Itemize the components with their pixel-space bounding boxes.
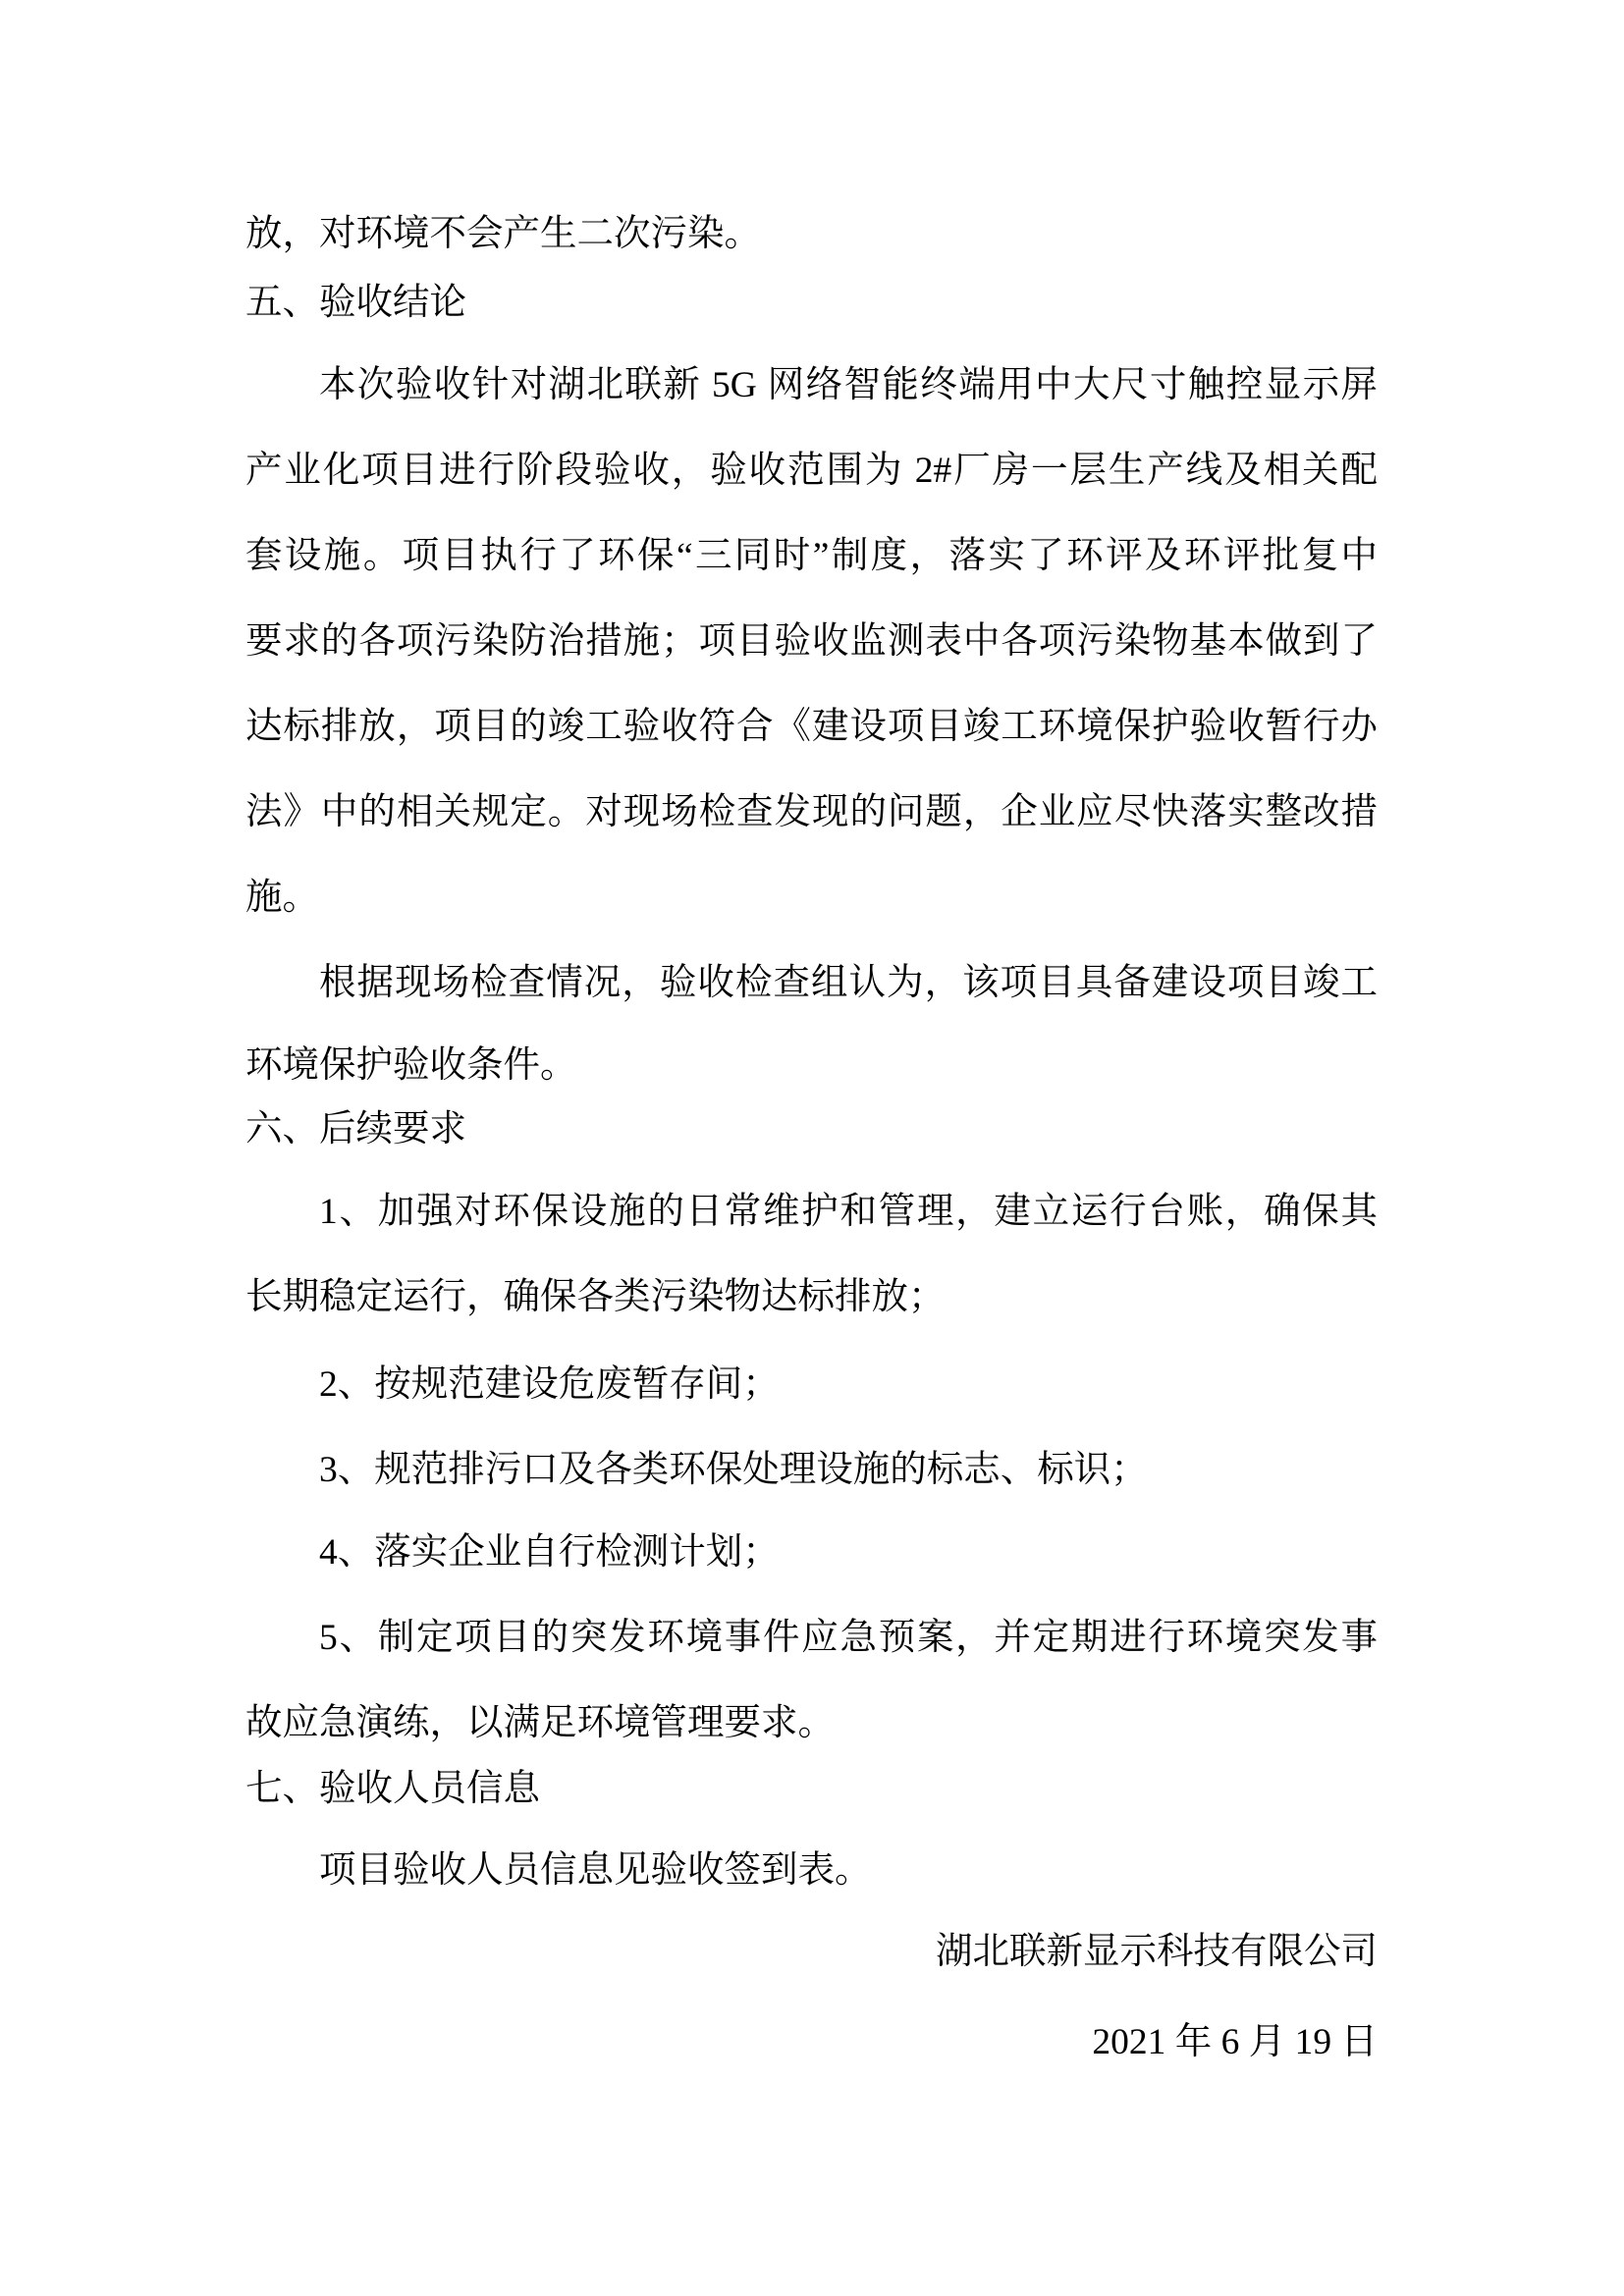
body-line: 环境保护验收条件。 xyxy=(245,1042,1378,1089)
body-line: 故应急演练，以满足环境管理要求。 xyxy=(245,1700,1378,1746)
body-line: 法》中的相关规定。对现场检查发现的问题，企业应尽快落实整改措 xyxy=(245,789,1378,835)
list-item-2: 2、按规范建设危废暂存间； xyxy=(245,1362,1378,1408)
body-line: 产业化项目进行阶段验收，验收范围为 2#厂房一层生产线及相关配 xyxy=(245,448,1378,494)
section-heading-7: 七、验收人员信息 xyxy=(245,1766,1378,1812)
body-line: 长期稳定运行，确保各类污染物达标排放； xyxy=(245,1274,1378,1320)
section-heading-6: 六、后续要求 xyxy=(245,1106,1378,1152)
body-line: 本次验收针对湖北联新 5G 网络智能终端用中大尺寸触控显示屏 xyxy=(245,362,1378,408)
body-line: 达标排放，项目的竣工验收符合《建设项目竣工环境保护验收暂行办 xyxy=(245,704,1378,750)
body-line: 根据现场检查情况，验收检查组认为，该项目具备建设项目竣工 xyxy=(245,960,1378,1006)
list-item-3: 3、规范排污口及各类环保处理设施的标志、标识； xyxy=(245,1447,1378,1493)
section-heading-5: 五、验收结论 xyxy=(245,280,1378,326)
list-item-5: 5、制定项目的突发环境事件应急预案，并定期进行环境突发事 xyxy=(245,1615,1378,1661)
body-line: 项目验收人员信息见验收签到表。 xyxy=(245,1847,1378,1894)
body-line: 施。 xyxy=(245,875,1378,921)
body-line: 要求的各项污染防治措施；项目验收监测表中各项污染物基本做到了 xyxy=(245,618,1378,665)
document-page: 放，对环境不会产生二次污染。 五、验收结论 本次验收针对湖北联新 5G 网络智能… xyxy=(0,0,1624,2296)
list-item-4: 4、落实企业自行检测计划； xyxy=(245,1529,1378,1575)
body-line: 套设施。项目执行了环保“三同时”制度，落实了环评及环评批复中 xyxy=(245,533,1378,579)
date-line: 2021 年 6 月 19 日 xyxy=(245,2019,1378,2065)
company-signature: 湖北联新显示科技有限公司 xyxy=(245,1929,1378,1975)
body-line: 放，对环境不会产生二次污染。 xyxy=(245,211,1378,257)
list-item-1: 1、加强对环保设施的日常维护和管理，建立运行台账，确保其 xyxy=(245,1189,1378,1235)
